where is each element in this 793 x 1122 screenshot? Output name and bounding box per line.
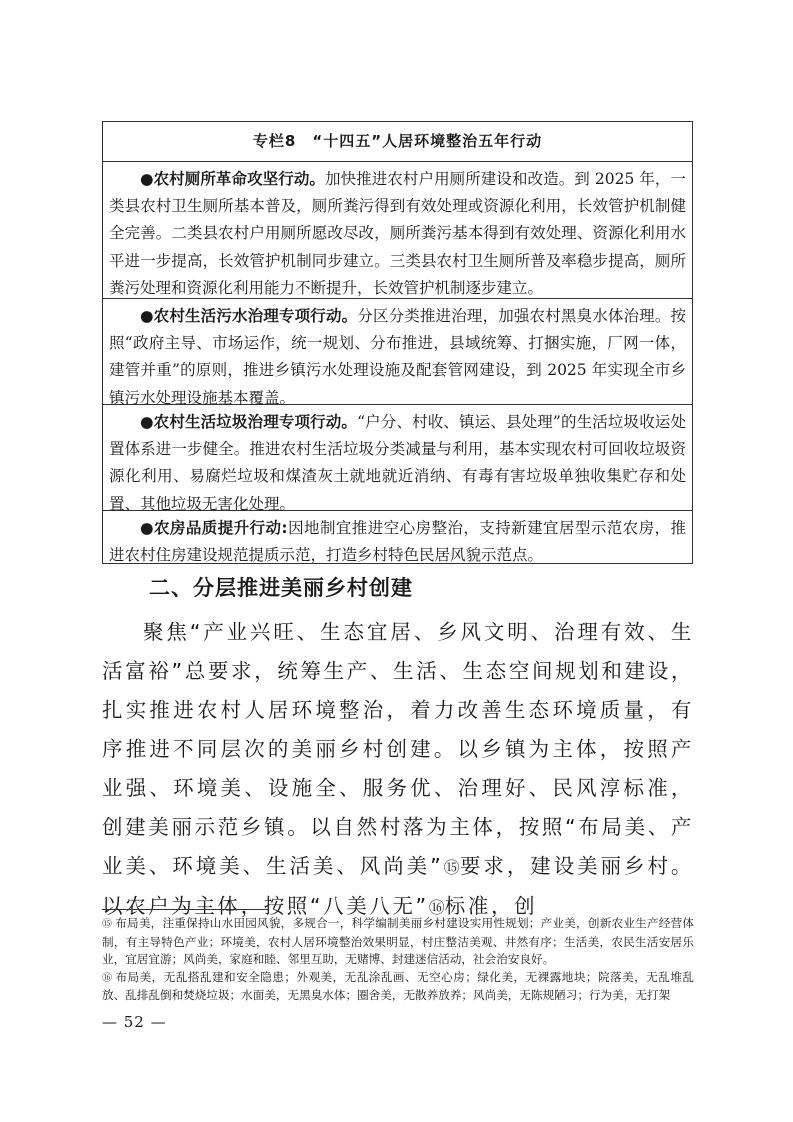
box-row-sewage-treatment: ●农村生活污水治理专项行动。分区分类推进治理，加强农村黑臭水体治理。按照“政府主… <box>103 299 692 405</box>
box-row-toilet-revolution: ●农村厕所革命攻坚行动。加快推进农村户用厕所建设和改造。到 2025 年，一类县… <box>103 162 692 299</box>
section-heading: 二、分层推进美丽乡村创建 <box>149 572 413 602</box>
box-row-garbage-treatment: ●农村生活垃圾治理专项行动。“户分、村收、镇运、县处理”的生活垃圾收运处置体系进… <box>103 405 692 511</box>
row-text: 加快推进农村户用厕所建设和改造。到 2025 年，一类县农村卫生厕所基本普及，厕… <box>109 170 686 297</box>
footnote-16: ⑯布局美，无乱搭乱建和安全隐患；外观美，无乱涂乱画、无空心房；绿化美，无裸露地块… <box>102 969 694 1005</box>
footnote-mark: ⑯ <box>102 973 112 984</box>
footnotes: ⑮布局美，注重保持山水田园风貌，多规合一，科学编制美丽乡村建设实用性规划；产业美… <box>102 915 694 1005</box>
footnote-15: ⑮布局美，注重保持山水田园风貌，多规合一，科学编制美丽乡村建设实用性规划；产业美… <box>102 915 694 969</box>
row-lead: ●农村生活垃圾治理专项行动。 <box>140 413 357 431</box>
footnote-text: 布局美，无乱搭乱建和安全隐患；外观美，无乱涂乱画、无空心房；绿化美，无裸露地块；… <box>102 970 694 1003</box>
sidebar-box-feature-8: 专栏8 “十四五”人居环境整治五年行动 ●农村厕所革命攻坚行动。加快推进农村户用… <box>102 121 693 564</box>
footnote-divider <box>102 909 268 910</box>
body-paragraph: 聚焦“产业兴旺、生态宜居、乡风文明、治理有效、生活富裕”总要求，统筹生产、生活、… <box>102 613 694 927</box>
row-lead: ●农村生活污水治理专项行动。 <box>140 307 357 325</box>
footnote-text: 布局美，注重保持山水田园风貌，多规合一，科学编制美丽乡村建设实用性规划；产业美，… <box>102 916 694 966</box>
paragraph-text: 聚焦“产业兴旺、生态宜居、乡风文明、治理有效、生活富裕”总要求，统筹生产、生活、… <box>102 620 694 878</box>
row-lead: ●农房品质提升行动: <box>140 519 288 537</box>
box-title: 专栏8 “十四五”人居环境整治五年行动 <box>103 122 692 162</box>
page-number: — 52 — <box>102 1013 167 1031</box>
box-row-housing-quality: ●农房品质提升行动:因地制宜推进空心房整治，支持新建宜居型示范农房，推进农村住房… <box>103 511 692 563</box>
footnote-ref-15[interactable]: ⑮ <box>443 858 460 877</box>
footnote-mark: ⑮ <box>102 919 112 930</box>
row-lead: ●农村厕所革命攻坚行动。 <box>140 170 325 188</box>
